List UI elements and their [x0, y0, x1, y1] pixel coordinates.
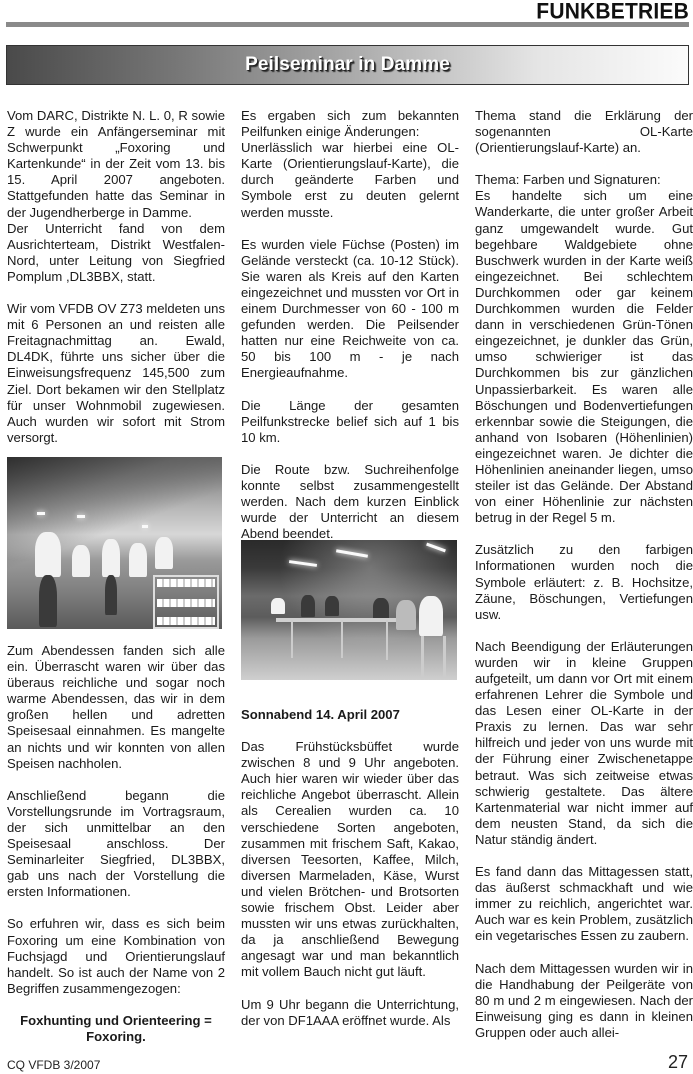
section-rule	[6, 22, 689, 27]
paragraph: Thema stand die Erklärung der sogenannte…	[475, 108, 693, 156]
lamp	[77, 515, 85, 518]
column-1: Vom DARC, Distrikte N. L. 0, R sowie Z w…	[7, 108, 225, 462]
person-legs	[105, 575, 117, 615]
cups	[157, 579, 215, 587]
person	[102, 539, 120, 577]
ceiling-light	[336, 549, 368, 558]
lamp	[142, 525, 148, 528]
paragraph: Die Route bzw. Suchreihenfolge konnte se…	[241, 462, 459, 542]
column-1-lower: Zum Abendessen fanden sich alle ein. Übe…	[7, 643, 225, 1061]
table	[276, 618, 396, 622]
person	[419, 596, 443, 636]
person	[271, 598, 285, 614]
chair-leg	[421, 636, 424, 678]
article-title: Peilseminar in Damme	[245, 54, 450, 76]
paragraph: Der Unterricht fand von dem Ausrichterte…	[7, 221, 225, 285]
ceiling-light	[289, 560, 317, 567]
paragraph: Um 9 Uhr begann die Unterrichtung, der v…	[241, 997, 459, 1029]
paragraph: Nach dem Mittagessen wurden wir in die H…	[475, 961, 693, 1041]
highlight-statement: Foxhunting und Orienteering = Foxoring.	[7, 1013, 225, 1045]
paragraph: Es handelte sich um eine Wanderkarte, di…	[475, 188, 693, 526]
article-banner: Peilseminar in Damme	[6, 45, 689, 85]
paragraph: Zusätzlich zu den farbigen Informationen…	[475, 542, 693, 622]
person	[35, 532, 61, 577]
person	[325, 596, 339, 616]
person	[129, 543, 147, 577]
paragraph: Das Frühstücksbüffet wurde zwischen 8 un…	[241, 739, 459, 980]
person	[396, 600, 416, 630]
paragraph: Es fand dann das Mittagessen statt, das …	[475, 864, 693, 944]
paragraph: Wir vom VFDB OV Z73 meldeten uns mit 6 P…	[7, 301, 225, 446]
person-legs	[39, 575, 57, 627]
ceiling-light	[426, 543, 446, 553]
date-subheading: Sonnabend 14. April 2007	[241, 707, 459, 723]
person	[155, 537, 173, 569]
paragraph: Unerlässlich war hierbei eine OL-Karte (…	[241, 140, 459, 220]
paragraph: Es wurden viele Füchse (Posten) im Gelän…	[241, 237, 459, 382]
person	[72, 545, 90, 577]
paragraph: Anschließend begann die Vorstellungsrund…	[7, 788, 225, 901]
paragraph: Zum Abendessen fanden sich alle ein. Übe…	[7, 643, 225, 772]
column-2-lower: Sonnabend 14. April 2007 Das Frühstücksb…	[241, 707, 459, 1045]
table-leg	[291, 620, 293, 658]
person	[373, 598, 389, 620]
page-number: 27	[668, 1052, 688, 1073]
footer-publication: CQ VFDB 3/2007	[7, 1058, 100, 1072]
cups	[157, 599, 215, 607]
paragraph: Es ergaben sich zum bekannten Peilfunken…	[241, 108, 459, 140]
person	[301, 595, 315, 617]
photo-lecture-room	[241, 540, 457, 680]
paragraph: Nach Beendigung der Erläuterungen wurden…	[475, 639, 693, 848]
column-2: Es ergaben sich zum bekannten Peilfunken…	[241, 108, 459, 558]
section-title: FUNKBETRIEB	[536, 0, 689, 25]
photo-dining-hall	[7, 457, 222, 629]
paragraph-heading: Thema: Farben und Signaturen:	[475, 172, 693, 188]
column-3: Thema stand die Erklärung der sogenannte…	[475, 108, 693, 1057]
table-leg	[386, 620, 388, 660]
paragraph: So erfuhren wir, dass es sich beim Foxor…	[7, 916, 225, 996]
chair-leg	[443, 636, 446, 678]
cups	[157, 617, 215, 625]
paragraph: Die Länge der gesamten Peilfunkstrecke b…	[241, 398, 459, 446]
paragraph: Vom DARC, Distrikte N. L. 0, R sowie Z w…	[7, 108, 225, 221]
lamp	[37, 512, 45, 515]
table-leg	[341, 620, 343, 658]
